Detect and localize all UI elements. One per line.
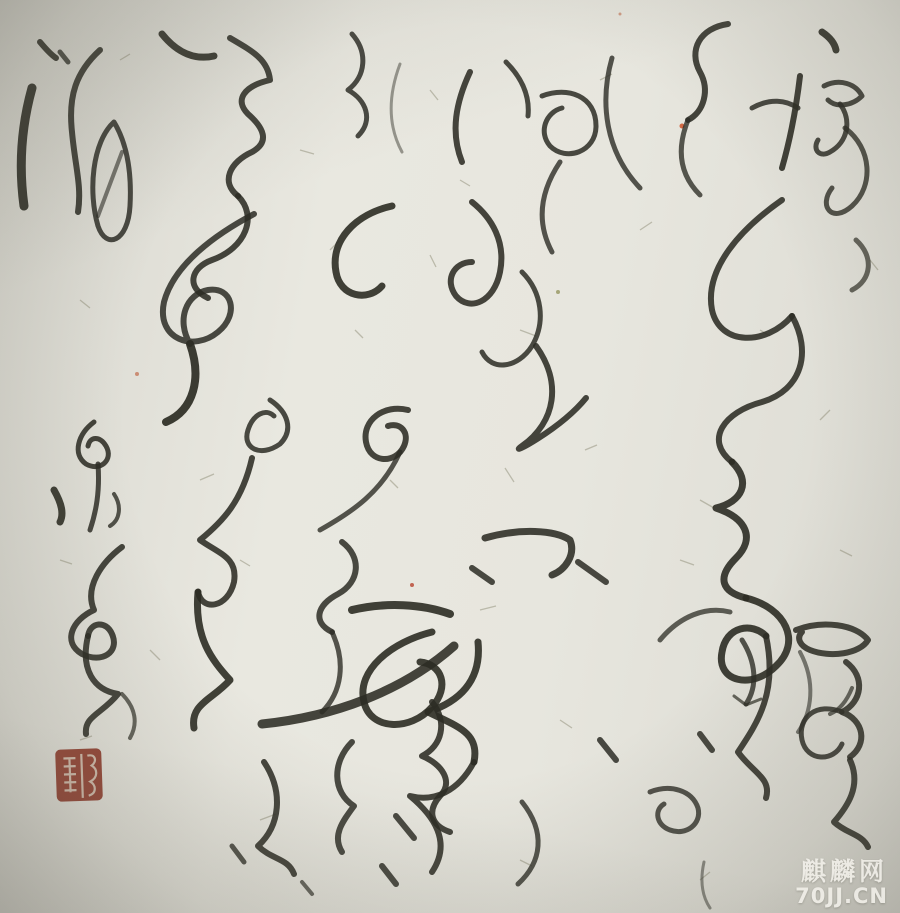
brush-stroke bbox=[322, 632, 340, 712]
brush-stroke bbox=[54, 490, 62, 522]
brush-stroke bbox=[166, 344, 195, 422]
brush-stroke bbox=[702, 862, 710, 908]
brush-stroke bbox=[410, 762, 474, 872]
brush-stroke bbox=[258, 762, 294, 874]
brush-stroke bbox=[485, 531, 572, 575]
calligraphy-artwork-photo: 麒麟网 70JJ.CN bbox=[0, 0, 900, 913]
brush-stroke bbox=[506, 62, 528, 116]
calligraphy-column-right bbox=[700, 32, 868, 798]
brush-stroke bbox=[382, 866, 396, 884]
calligraphy-signature bbox=[54, 422, 135, 738]
brush-stroke bbox=[451, 202, 502, 304]
calligraphy-column-2 bbox=[396, 24, 728, 884]
brush-stroke bbox=[162, 34, 214, 57]
brush-stroke bbox=[396, 816, 414, 838]
paper-flecks bbox=[135, 13, 685, 588]
brush-stroke bbox=[700, 734, 712, 750]
brush-stroke bbox=[163, 214, 254, 344]
brush-stroke bbox=[247, 400, 288, 451]
brush-stroke bbox=[90, 464, 99, 530]
brush-stroke bbox=[21, 88, 32, 206]
artist-seal bbox=[55, 748, 103, 802]
brush-stroke bbox=[681, 120, 700, 195]
brush-stroke bbox=[606, 58, 640, 188]
brush-stroke bbox=[71, 547, 122, 658]
brush-stroke bbox=[711, 200, 792, 338]
calligraphy-ink-layer bbox=[0, 0, 900, 913]
brush-stroke bbox=[822, 32, 836, 50]
brush-stroke bbox=[519, 346, 586, 449]
brush-stroke bbox=[816, 104, 847, 154]
brush-stroke bbox=[78, 422, 108, 467]
brush-stroke bbox=[742, 640, 754, 704]
brush-stroke bbox=[198, 458, 252, 605]
brush-stroke bbox=[842, 662, 861, 757]
brush-stroke bbox=[600, 740, 616, 760]
brush-stroke bbox=[826, 128, 867, 213]
brush-stroke bbox=[60, 52, 68, 62]
calligraphy-bottom-middle bbox=[262, 605, 454, 894]
watermark-site-name: 麒麟网 bbox=[795, 859, 888, 885]
brush-stroke bbox=[472, 568, 492, 582]
brush-stroke bbox=[542, 92, 596, 153]
brush-stroke bbox=[752, 101, 798, 108]
brush-stroke bbox=[688, 24, 728, 120]
brush-stroke bbox=[650, 789, 699, 832]
brush-stroke bbox=[348, 34, 367, 136]
brush-stroke bbox=[482, 272, 540, 365]
calligraphy-column-4 bbox=[162, 34, 294, 874]
brush-stroke bbox=[98, 152, 122, 216]
brush-stroke bbox=[122, 694, 135, 738]
brush-stroke bbox=[71, 50, 100, 212]
brush-stroke bbox=[834, 760, 868, 847]
brush-stroke bbox=[337, 742, 354, 852]
brush-stroke bbox=[660, 610, 730, 640]
brush-stroke bbox=[319, 542, 355, 632]
brush-stroke bbox=[335, 206, 392, 295]
brush-stroke bbox=[824, 82, 862, 105]
brush-stroke bbox=[229, 38, 270, 196]
paper-fibers bbox=[60, 54, 878, 880]
brush-stroke bbox=[578, 562, 606, 582]
brush-stroke bbox=[801, 709, 842, 757]
brush-stroke bbox=[232, 846, 244, 862]
brush-stroke bbox=[320, 452, 400, 530]
brush-stroke bbox=[40, 42, 56, 58]
brush-stroke bbox=[542, 162, 560, 252]
calligraphy-char-qing bbox=[21, 42, 130, 240]
brush-stroke bbox=[352, 605, 450, 614]
site-watermark: 麒麟网 70JJ.CN bbox=[795, 859, 888, 908]
brush-stroke bbox=[456, 72, 470, 162]
brush-stroke bbox=[110, 494, 119, 526]
brush-stroke bbox=[782, 76, 800, 168]
watermark-site-url: 70JJ.CN bbox=[795, 885, 888, 908]
brush-stroke bbox=[796, 625, 868, 655]
brush-stroke bbox=[391, 64, 402, 152]
brush-stroke bbox=[716, 462, 746, 598]
brush-stroke bbox=[518, 802, 538, 884]
brush-stroke bbox=[194, 592, 230, 728]
brush-stroke bbox=[302, 882, 312, 894]
brush-stroke bbox=[852, 240, 868, 290]
